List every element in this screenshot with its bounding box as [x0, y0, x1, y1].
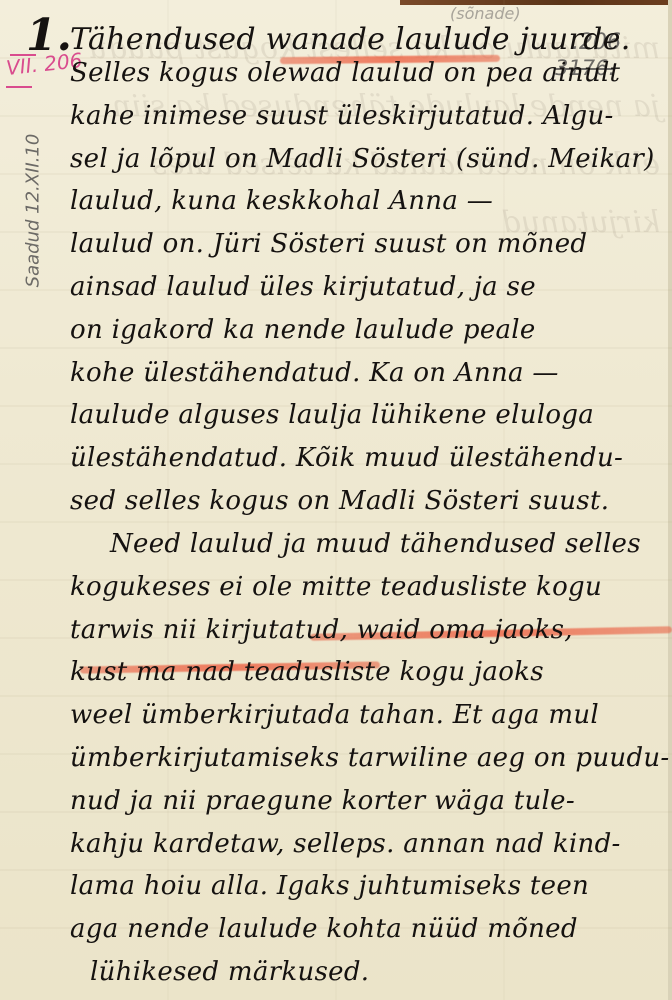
title-line: Tähendused wanade laulude juurde.	[70, 22, 631, 57]
manuscript-page: mitu laulu on ka sellest kogust puudu ja…	[0, 0, 672, 1000]
text-line: lühikesed märkused.	[90, 957, 369, 987]
text-line-indent: Need laulud ja muud tähendused selles	[110, 529, 641, 559]
text-line: ümberkirjutamiseks tarwiline aeg on puud…	[70, 743, 670, 773]
text-line: sed selles kogus on Madli Sösteri suust.	[70, 486, 609, 516]
text-line: kahju kardetaw, selleps. annan nad kind-	[70, 829, 621, 859]
text-line: kohe ülestähendatud. Ka on Anna —	[70, 358, 559, 388]
text-line: sel ja lõpul on Madli Sösteri (sünd. Mei…	[70, 144, 655, 174]
text-line: weel ümberkirjutada tahan. Et aga mul	[70, 700, 599, 730]
margin-date-note: Saadud 12.XII.10	[23, 126, 44, 296]
text-line: laulud, kuna keskkohal Anna —	[70, 186, 493, 216]
text-line: Selles kogus olewad laulud on pea ainult	[70, 58, 620, 88]
text-line: laulude alguses laulja lühikene eluloga	[70, 400, 594, 430]
text-line: tarwis nii kirjutatud, waid oma jaoks,	[70, 615, 573, 645]
text-line: ülestähendatud. Kõik muud ülestähendu-	[70, 443, 623, 473]
text-line: lama hoiu alla. Igaks juhtumiseks teen	[70, 871, 589, 901]
text-line: laulud on. Jüri Sösteri suust on mõned	[70, 229, 587, 259]
text-line: kahe inimese suust üleskirjutatud. Algu-	[70, 101, 614, 131]
text-line: on igakord ka nende laulude peale	[70, 315, 536, 345]
pink-underline	[6, 86, 32, 88]
text-line: ainsad laulud üles kirjutatud, ja se	[70, 272, 536, 302]
text-line: kust ma nad teadusliste kogu jaoks	[70, 657, 544, 687]
text-line: aga nende laulude kohta nüüd mõned	[70, 914, 578, 944]
text-line: kogukeses ei ole mitte teadusliste kogu	[70, 572, 602, 602]
text-line: nud ja nii praegune korter wäga tule-	[70, 786, 575, 816]
pencil-correction: (sõnade)	[450, 4, 521, 23]
